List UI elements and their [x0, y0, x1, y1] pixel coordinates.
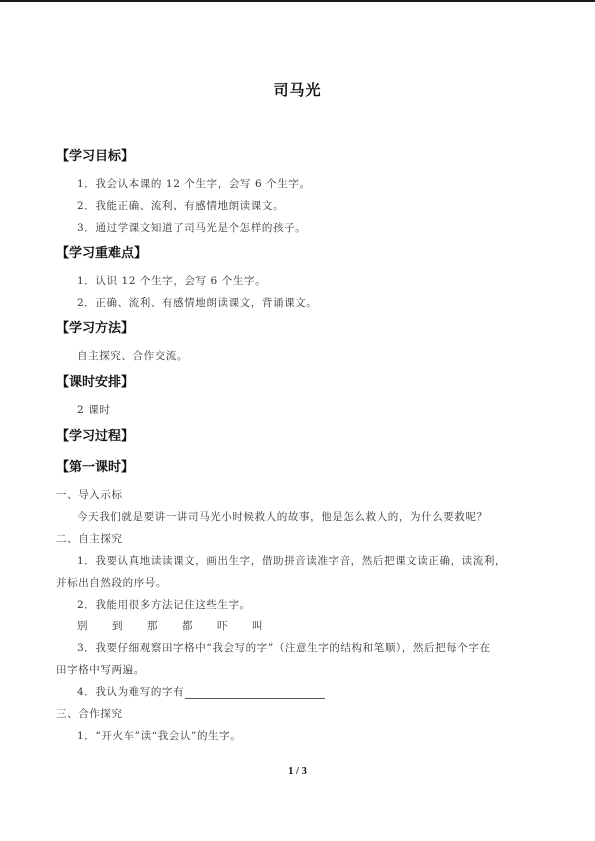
page-number: 1 / 3 — [0, 766, 595, 777]
part2-item2: 2．我能用很多方法记住这些生字。 — [77, 597, 251, 612]
part2-item1-line2: 并标出自然段的序号。 — [56, 575, 167, 590]
character-list: 别到那都吓叫 — [77, 618, 287, 633]
character: 吓 — [217, 618, 252, 633]
goal-item-2: 2．我能正确、流利、有感情地朗读课文。 — [77, 198, 284, 213]
part2-item3-line1: 3．我要仔细观察田字格中“我会写的字”（注意生字的结构和笔顺），然后把每个字在 — [77, 640, 491, 655]
character: 别 — [77, 618, 112, 633]
heading-first-lesson: 【第一课时】 — [56, 456, 134, 475]
heading-learning-goals: 【学习目标】 — [56, 145, 134, 164]
key-point-item-2: 2．正确、流利、有感情地朗读课文，背诵课文。 — [77, 295, 317, 310]
part1-title: 一、导入示标 — [56, 487, 123, 502]
character: 那 — [147, 618, 182, 633]
key-point-item-1: 1．认识 12 个生字，会写 6 个生字。 — [77, 273, 266, 288]
goal-item-3: 3．通过学课文知道了司马光是个怎样的孩子。 — [77, 220, 306, 235]
schedule-text: 2 课时 — [77, 402, 110, 417]
heading-schedule: 【课时安排】 — [56, 371, 134, 390]
heading-key-points: 【学习重难点】 — [56, 242, 147, 261]
part2-item4: 4．我认为难写的字有 — [77, 684, 325, 699]
part3-title: 三、合作探究 — [56, 706, 123, 721]
goal-item-1: 1．我会认本课的 12 个生字，会写 6 个生字。 — [77, 176, 311, 191]
heading-learning-process: 【学习过程】 — [56, 425, 134, 444]
character: 到 — [112, 618, 147, 633]
fill-in-blank — [185, 687, 325, 699]
heading-learning-method: 【学习方法】 — [56, 317, 134, 336]
part2-title: 二、自主探究 — [56, 531, 123, 546]
character: 叫 — [252, 618, 287, 633]
part2-item4-label: 4．我认为难写的字有 — [77, 686, 184, 698]
character: 都 — [182, 618, 217, 633]
part2-item3-line2: 田字格中写两遍。 — [56, 662, 145, 677]
top-border-rule — [0, 0, 595, 2]
part1-text: 今天我们就是要讲一讲司马光小时候救人的故事，他是怎么救人的，为什么要救呢？ — [77, 509, 488, 524]
method-text: 自主探究、合作交流。 — [77, 348, 188, 363]
document-title: 司马光 — [0, 79, 595, 100]
part2-item1-line1: 1．我要认真地读读课文，画出生字，借助拼音读准字音，然后把课文读正确，读流利， — [77, 553, 506, 568]
part3-item1: 1．“开火车”读“我会认”的生字。 — [77, 728, 241, 743]
